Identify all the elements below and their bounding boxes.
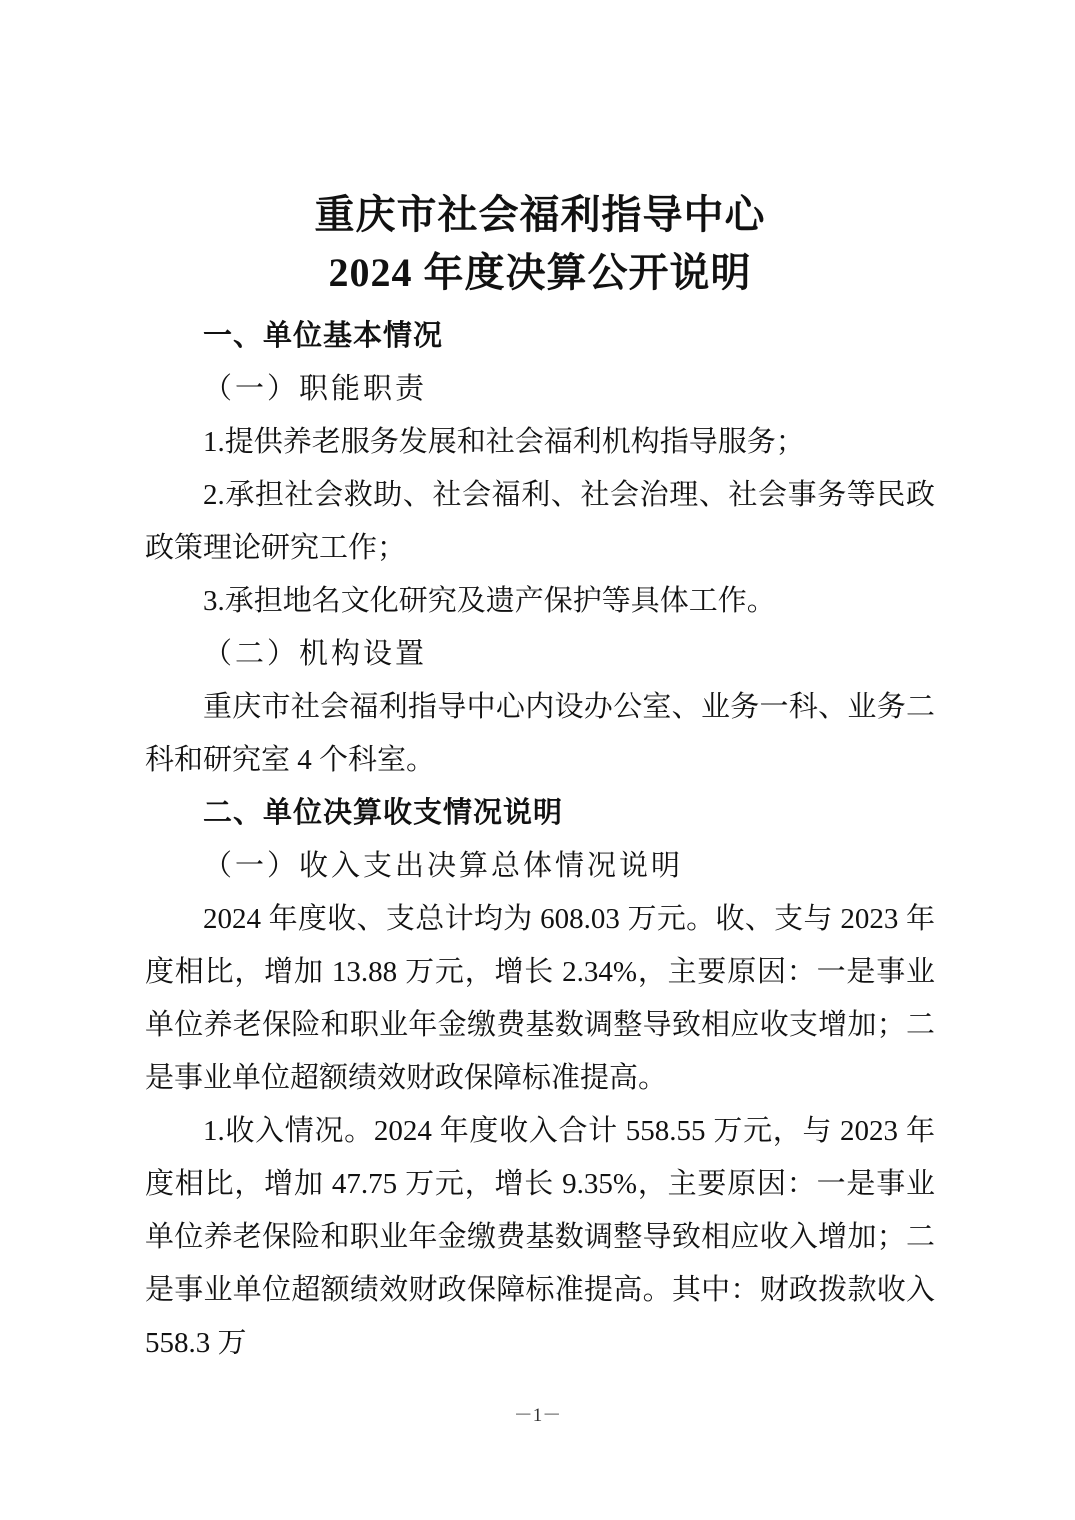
page-number: －1－ bbox=[0, 1400, 1075, 1427]
paragraph-income-detail: 1.收入情况。2024 年度收入合计 558.55 万元，与 2023 年度相比… bbox=[145, 1105, 935, 1370]
subsection-heading-1-2: （二）机构设置 bbox=[145, 628, 935, 681]
paragraph-budget-overview: 2024 年度收、支总计均为 608.03 万元。收、支与 2023 年度相比，… bbox=[145, 893, 935, 1105]
document-page: 重庆市社会福利指导中心 2024 年度决算公开说明 一、单位基本情况 （一）职能… bbox=[0, 0, 1075, 1520]
document-title-line2: 2024 年度决算公开说明 bbox=[145, 244, 935, 302]
paragraph-duty-2: 2.承担社会救助、社会福利、社会治理、社会事务等民政政策理论研究工作； bbox=[145, 469, 935, 575]
document-content: 重庆市社会福利指导中心 2024 年度决算公开说明 一、单位基本情况 （一）职能… bbox=[145, 186, 935, 1370]
subsection-heading-1-1: （一）职能职责 bbox=[145, 363, 935, 416]
paragraph-duty-1: 1.提供养老服务发展和社会福利机构指导服务； bbox=[145, 416, 935, 469]
paragraph-duty-3: 3.承担地名文化研究及遗产保护等具体工作。 bbox=[145, 575, 935, 628]
section-heading-2: 二、单位决算收支情况说明 bbox=[145, 787, 935, 840]
subsection-heading-2-1: （一）收入支出决算总体情况说明 bbox=[145, 840, 935, 893]
document-title-line1: 重庆市社会福利指导中心 bbox=[145, 186, 935, 244]
paragraph-org-setup: 重庆市社会福利指导中心内设办公室、业务一科、业务二科和研究室 4 个科室。 bbox=[145, 681, 935, 787]
section-heading-1: 一、单位基本情况 bbox=[145, 310, 935, 363]
